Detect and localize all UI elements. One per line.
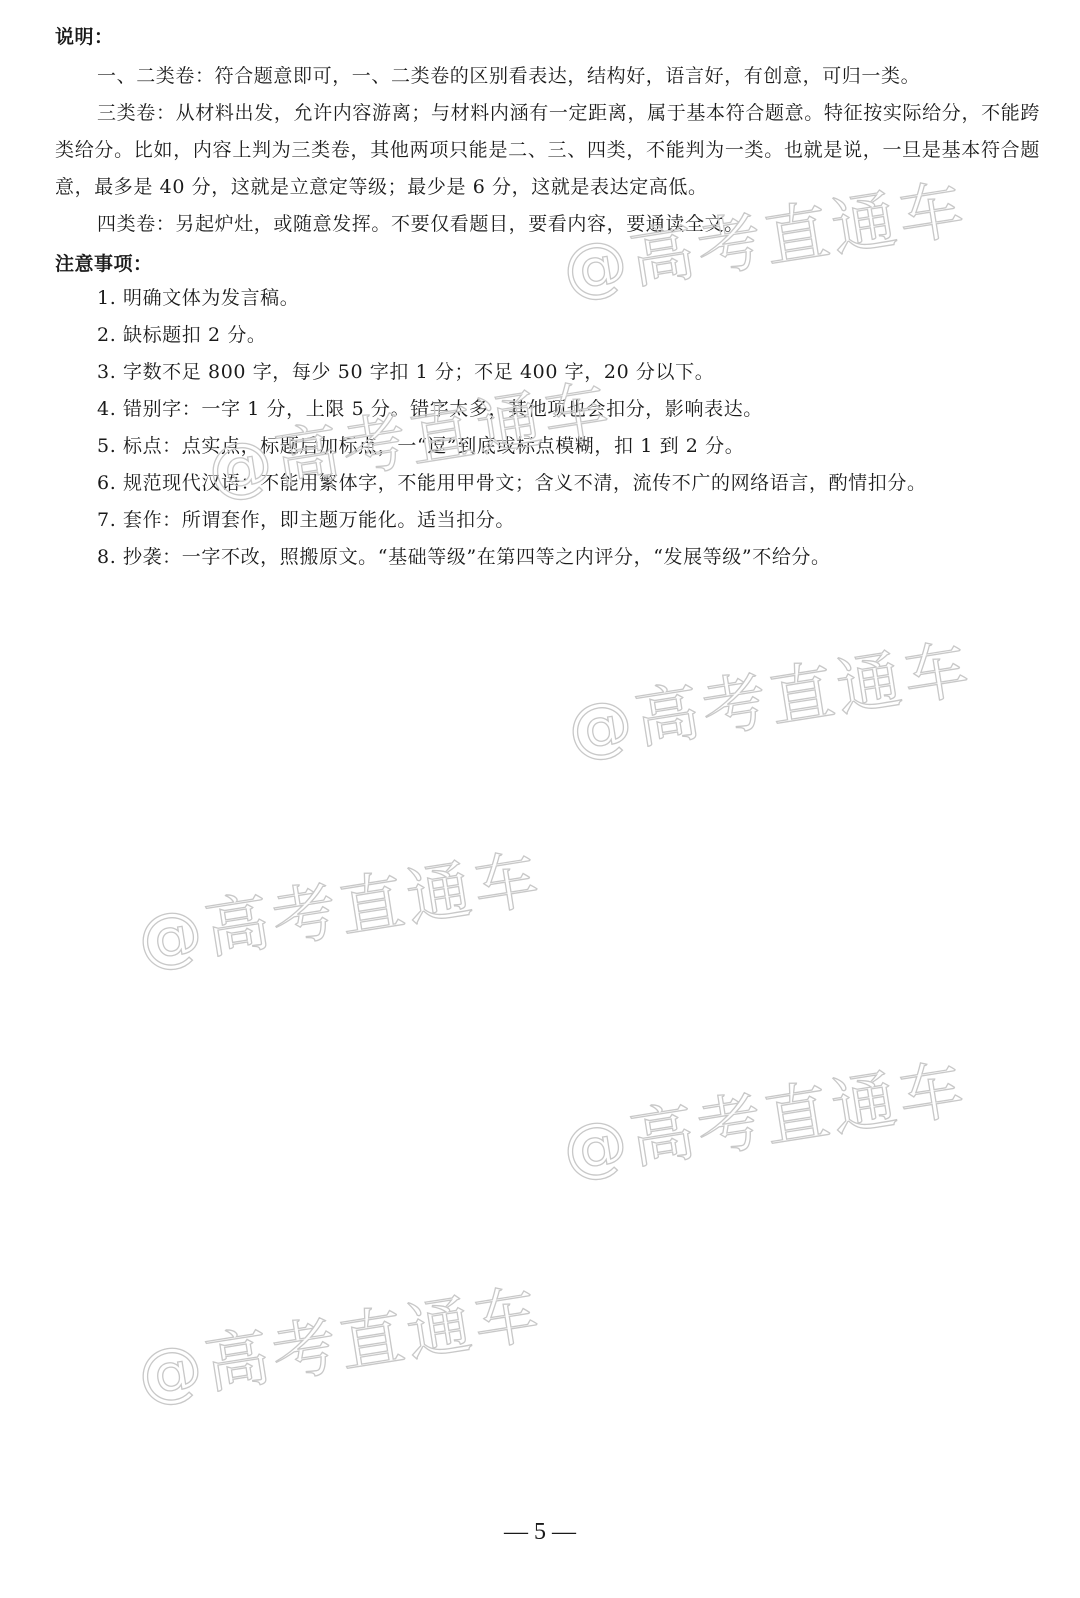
note-item-6: 6. 规范现代汉语：不能用繁体字，不能用甲骨文；含义不清，流传不广的网络语言，酌…	[97, 471, 927, 495]
note-item-4: 4. 错别字：一字 1 分，上限 5 分。错字太多，其他项也会扣分，影响表达。	[97, 397, 763, 421]
watermark: @高考直通车	[131, 827, 548, 982]
watermark: @高考直通车	[561, 617, 978, 772]
note-item-1: 1. 明确文体为发言稿。	[97, 286, 299, 310]
explanation-paragraph-2: 三类卷：从材料出发，允许内容游离；与材料内涵有一定距离，属于基本符合题意。特征按…	[55, 95, 1040, 206]
notes-heading: 注意事项：	[55, 252, 153, 276]
explanation-paragraph-3: 四类卷：另起炉灶，或随意发挥。不要仅看题目，要看内容，要通读全文。	[55, 206, 1040, 243]
watermark: @高考直通车	[131, 1262, 548, 1417]
page-number: — 5 —	[0, 1518, 1080, 1546]
explanation-heading: 说明：	[55, 25, 114, 49]
note-item-2: 2. 缺标题扣 2 分。	[97, 323, 267, 347]
note-item-8: 8. 抄袭：一字不改，照搬原文。“基础等级”在第四等之内评分，“发展等级”不给分…	[97, 545, 831, 569]
explanation-paragraph-1: 一、二类卷：符合题意即可，一、二类卷的区别看表达，结构好，语言好，有创意，可归一…	[55, 58, 1040, 95]
note-item-3: 3. 字数不足 800 字，每少 50 字扣 1 分；不足 400 字，20 分…	[97, 360, 714, 384]
document-page: 说明： 一、二类卷：符合题意即可，一、二类卷的区别看表达，结构好，语言好，有创意…	[0, 0, 1080, 1598]
watermark: @高考直通车	[556, 1037, 973, 1192]
note-item-5: 5. 标点：点实点，标题后加标点，一“逗”到底或标点模糊，扣 1 到 2 分。	[97, 434, 744, 458]
note-item-7: 7. 套作：所谓套作，即主题万能化。适当扣分。	[97, 508, 515, 532]
